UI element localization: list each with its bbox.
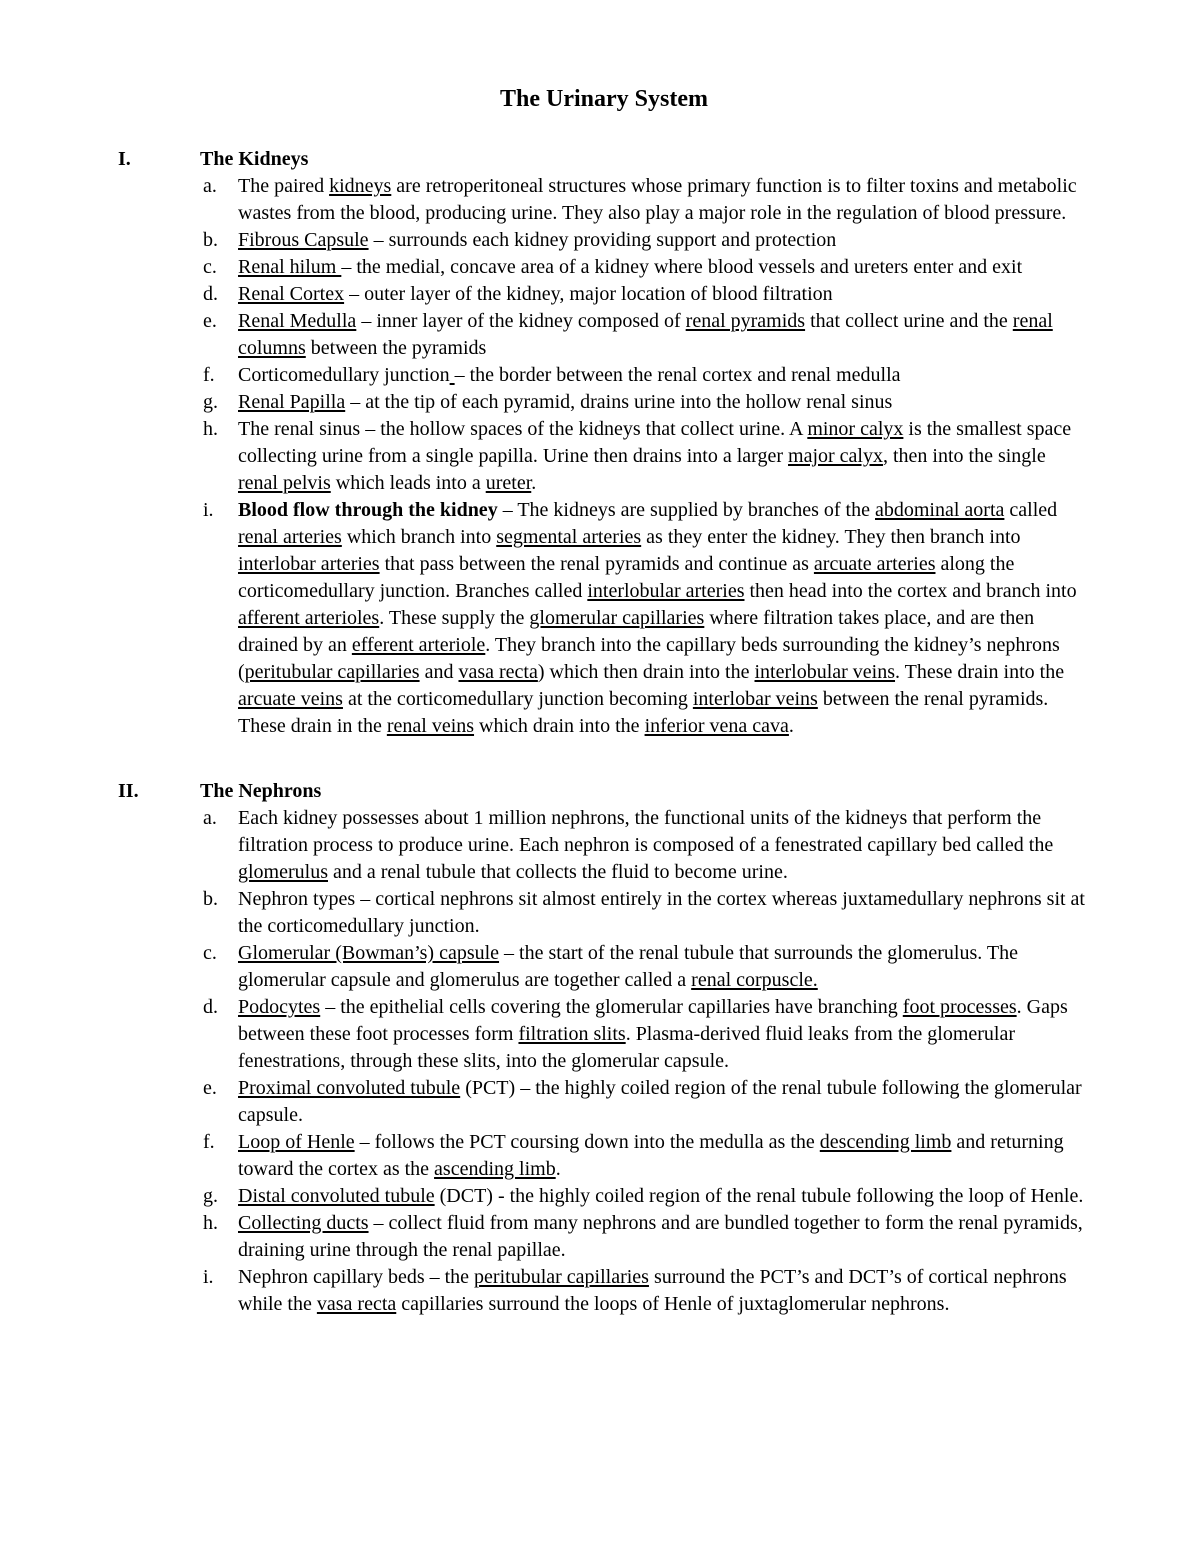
text-run: Nephron types – cortical nephrons sit al… — [238, 888, 1085, 937]
list-item: i.Blood flow through the kidney – The ki… — [203, 497, 1090, 740]
item-letter: h. — [203, 416, 238, 443]
text-run: . — [531, 472, 536, 494]
list-item: e.Proximal convoluted tubule (PCT) – the… — [203, 1075, 1090, 1129]
text-run: efferent arteriole — [352, 634, 485, 656]
list-item: h.The renal sinus – the hollow spaces of… — [203, 416, 1090, 497]
item-letter: d. — [203, 281, 238, 308]
text-run: Distal convoluted tubule — [238, 1185, 435, 1207]
list-item: a.Each kidney possesses about 1 million … — [203, 805, 1090, 886]
item-text: Renal Cortex – outer layer of the kidney… — [238, 281, 1090, 308]
item-letter: e. — [203, 1075, 238, 1102]
item-text: Corticomedullary junction – the border b… — [238, 362, 1090, 389]
text-run: peritubular capillaries — [245, 661, 420, 683]
list-item: f.Loop of Henle – follows the PCT coursi… — [203, 1129, 1090, 1183]
text-run: – the epithelial cells covering the glom… — [320, 996, 903, 1018]
text-run: peritubular capillaries — [474, 1266, 649, 1288]
item-letter: f. — [203, 362, 238, 389]
section-heading-row: I.The Kidneys — [118, 146, 1090, 173]
text-run: The paired — [238, 175, 329, 197]
item-letter: f. — [203, 1129, 238, 1156]
text-run: . — [556, 1158, 561, 1180]
text-run: – follows the PCT coursing down into the… — [355, 1131, 820, 1153]
text-run: renal pyramids — [686, 310, 805, 332]
item-letter: d. — [203, 994, 238, 1021]
list-item: g.Distal convoluted tubule (DCT) - the h… — [203, 1183, 1090, 1210]
text-run: and — [420, 661, 459, 683]
text-run: – the border between the renal cortex an… — [455, 364, 901, 386]
item-text: Proximal convoluted tubule (PCT) – the h… — [238, 1075, 1090, 1129]
text-run: arcuate arteries — [814, 553, 936, 575]
text-run: The renal sinus – the hollow spaces of t… — [238, 418, 807, 440]
outline-section: II.The Nephronsa.Each kidney possesses a… — [118, 778, 1090, 1318]
text-run: inferior vena cava — [645, 715, 789, 737]
item-text: Renal Papilla – at the tip of each pyram… — [238, 389, 1090, 416]
text-run: at the corticomedullary junction becomin… — [343, 688, 693, 710]
text-run: , then into the single — [883, 445, 1046, 467]
text-run: Glomerular (Bowman’s) capsule — [238, 942, 499, 964]
item-text: Glomerular (Bowman’s) capsule – the star… — [238, 940, 1090, 994]
text-run: called — [1004, 499, 1057, 521]
text-run: as they enter the kidney. They then bran… — [641, 526, 1020, 548]
text-run: Each kidney possesses about 1 million ne… — [238, 807, 1053, 856]
text-run: abdominal aorta — [875, 499, 1004, 521]
text-run: Corticomedullary junction — [238, 364, 450, 386]
text-run: – at the tip of each pyramid, drains uri… — [345, 391, 892, 413]
text-run: major calyx — [788, 445, 883, 467]
page-title: The Urinary System — [118, 86, 1090, 112]
text-run: ascending limb — [434, 1158, 556, 1180]
text-run: filtration slits — [518, 1023, 625, 1045]
text-run: . — [789, 715, 794, 737]
text-run: that pass between the renal pyramids and… — [380, 553, 814, 575]
text-run: glomerulus — [238, 861, 328, 883]
section-numeral: I. — [118, 146, 200, 173]
text-run: interlobular arteries — [587, 580, 744, 602]
item-text: Each kidney possesses about 1 million ne… — [238, 805, 1090, 886]
text-run: then head into the cortex and branch int… — [744, 580, 1076, 602]
text-run: minor calyx — [807, 418, 903, 440]
text-run: glomerular capillaries — [529, 607, 704, 629]
document-page: The Urinary System I.The Kidneysa.The pa… — [0, 0, 1200, 1553]
item-letter: g. — [203, 389, 238, 416]
text-run: which leads into a — [331, 472, 486, 494]
item-letter: g. — [203, 1183, 238, 1210]
text-run: renal corpuscle. — [691, 969, 818, 991]
item-text: Renal hilum – the medial, concave area o… — [238, 254, 1090, 281]
text-run: – The kidneys are supplied by branches o… — [498, 499, 875, 521]
text-run: Collecting ducts — [238, 1212, 369, 1234]
text-run: Nephron capillary beds – the — [238, 1266, 474, 1288]
text-run: renal veins — [387, 715, 474, 737]
item-letter: a. — [203, 805, 238, 832]
list-item: h.Collecting ducts – collect fluid from … — [203, 1210, 1090, 1264]
text-run: . These supply the — [379, 607, 529, 629]
item-letter: c. — [203, 254, 238, 281]
list-item: d.Renal Cortex – outer layer of the kidn… — [203, 281, 1090, 308]
text-run: – surrounds each kidney providing suppor… — [369, 229, 837, 251]
item-text: Distal convoluted tubule (DCT) - the hig… — [238, 1183, 1090, 1210]
item-letter: h. — [203, 1210, 238, 1237]
text-run: ) which then drain into the — [538, 661, 755, 683]
item-letter: i. — [203, 1264, 238, 1291]
text-run: afferent arterioles — [238, 607, 379, 629]
section-heading-row: II.The Nephrons — [118, 778, 1090, 805]
item-text: The paired kidneys are retroperitoneal s… — [238, 173, 1090, 227]
text-run: renal pelvis — [238, 472, 331, 494]
item-text: Fibrous Capsule – surrounds each kidney … — [238, 227, 1090, 254]
text-run: renal arteries — [238, 526, 342, 548]
text-run: between the pyramids — [306, 337, 487, 359]
item-text: Renal Medulla – inner layer of the kidne… — [238, 308, 1090, 362]
list-item: f.Corticomedullary junction – the border… — [203, 362, 1090, 389]
outline-section: I.The Kidneysa.The paired kidneys are re… — [118, 146, 1090, 740]
section-numeral: II. — [118, 778, 200, 805]
text-run: foot processes — [903, 996, 1017, 1018]
text-run: arcuate veins — [238, 688, 343, 710]
text-run: descending limb — [820, 1131, 952, 1153]
section-title: The Kidneys — [200, 146, 308, 173]
text-run: – inner layer of the kidney composed of — [356, 310, 685, 332]
list-item: c.Glomerular (Bowman’s) capsule – the st… — [203, 940, 1090, 994]
text-run: vasa recta — [317, 1293, 396, 1315]
sections: I.The Kidneysa.The paired kidneys are re… — [118, 146, 1090, 1318]
text-run: and a renal tubule that collects the flu… — [328, 861, 788, 883]
text-run: Podocytes — [238, 996, 320, 1018]
text-run: vasa recta — [458, 661, 537, 683]
text-run: which drain into the — [474, 715, 645, 737]
list-item: g.Renal Papilla – at the tip of each pyr… — [203, 389, 1090, 416]
text-run: that collect urine and the — [805, 310, 1013, 332]
text-run: Renal Cortex — [238, 283, 344, 305]
section-items: a.Each kidney possesses about 1 million … — [203, 805, 1090, 1318]
text-run: Loop of Henle — [238, 1131, 355, 1153]
text-run: kidneys — [329, 175, 391, 197]
item-text: Nephron types – cortical nephrons sit al… — [238, 886, 1090, 940]
text-run: (DCT) - the highly coiled region of the … — [435, 1185, 1084, 1207]
item-text: Blood flow through the kidney – The kidn… — [238, 497, 1090, 740]
item-letter: b. — [203, 886, 238, 913]
item-letter: a. — [203, 173, 238, 200]
item-text: Collecting ducts – collect fluid from ma… — [238, 1210, 1090, 1264]
text-run: . These drain into the — [895, 661, 1064, 683]
item-text: Loop of Henle – follows the PCT coursing… — [238, 1129, 1090, 1183]
text-run: Proximal convoluted tubule — [238, 1077, 460, 1099]
list-item: d.Podocytes – the epithelial cells cover… — [203, 994, 1090, 1075]
text-run: Blood flow through the kidney — [238, 499, 498, 521]
text-run: Fibrous Capsule — [238, 229, 369, 251]
section-title: The Nephrons — [200, 778, 321, 805]
text-run: which branch into — [342, 526, 496, 548]
text-run: interlobar veins — [693, 688, 818, 710]
text-run: – the medial, concave area of a kidney w… — [341, 256, 1022, 278]
item-letter: c. — [203, 940, 238, 967]
text-run: interlobular veins — [755, 661, 896, 683]
list-item: i.Nephron capillary beds – the peritubul… — [203, 1264, 1090, 1318]
item-letter: b. — [203, 227, 238, 254]
text-run: Renal Papilla — [238, 391, 345, 413]
text-run: ureter — [486, 472, 532, 494]
list-item: e.Renal Medulla – inner layer of the kid… — [203, 308, 1090, 362]
text-run: capillaries surround the loops of Henle … — [396, 1293, 949, 1315]
item-text: Nephron capillary beds – the peritubular… — [238, 1264, 1090, 1318]
section-items: a.The paired kidneys are retroperitoneal… — [203, 173, 1090, 740]
text-run: Renal Medulla — [238, 310, 356, 332]
item-text: The renal sinus – the hollow spaces of t… — [238, 416, 1090, 497]
item-letter: i. — [203, 497, 238, 524]
list-item: c.Renal hilum – the medial, concave area… — [203, 254, 1090, 281]
list-item: a.The paired kidneys are retroperitoneal… — [203, 173, 1090, 227]
item-text: Podocytes – the epithelial cells coverin… — [238, 994, 1090, 1075]
list-item: b.Nephron types – cortical nephrons sit … — [203, 886, 1090, 940]
text-run: – outer layer of the kidney, major locat… — [344, 283, 833, 305]
list-item: b.Fibrous Capsule – surrounds each kidne… — [203, 227, 1090, 254]
text-run: interlobar arteries — [238, 553, 380, 575]
text-run: Renal hilum — [238, 256, 341, 278]
text-run: segmental arteries — [496, 526, 641, 548]
item-letter: e. — [203, 308, 238, 335]
